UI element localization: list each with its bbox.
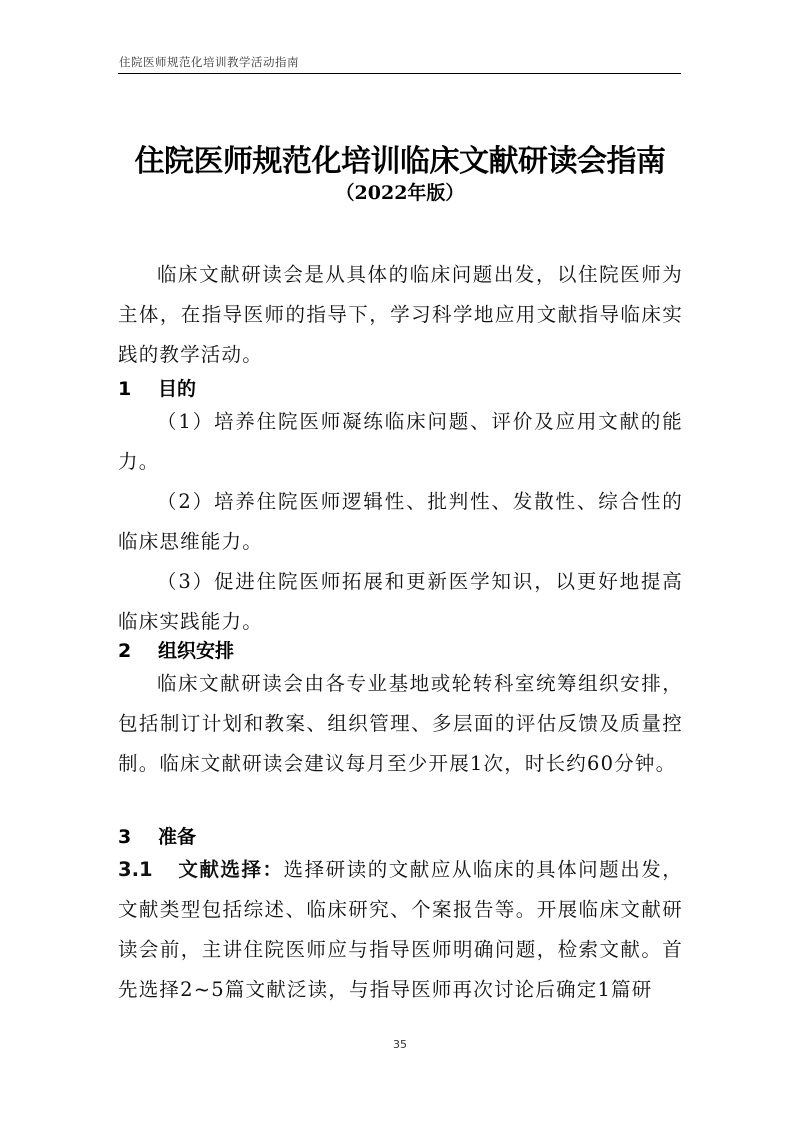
intro-text: 临床文献研读会是从具体的临床问题出发，以住院医师为主体，在指导医师的指导下，学习… xyxy=(118,255,683,375)
header-divider xyxy=(118,73,681,74)
section-2-body: 临床文献研读会由各专业基地或轮转科室统筹组织安排，包括制订计划和教案、组织管理、… xyxy=(118,664,683,784)
document-subtitle: （2022年版） xyxy=(0,178,800,205)
subsection-number: 3.1 xyxy=(118,850,178,890)
section-title: 组织安排 xyxy=(158,640,234,662)
section-number: 3 xyxy=(118,826,158,848)
subsection-label: 文献选择： xyxy=(178,858,284,881)
objective-item-2: （2）培养住院医师逻辑性、批判性、发散性、综合性的临床思维能力。 xyxy=(118,482,683,562)
section-number: 2 xyxy=(118,640,158,662)
section-1-body: （1）培养住院医师凝练临床问题、评价及应用文献的能力。 （2）培养住院医师逻辑性… xyxy=(118,402,683,642)
section-number: 1 xyxy=(118,378,158,400)
subsection-3-1: 3.1文献选择：选择研读的文献应从临床的具体问题出发，文献类型包括综述、临床研究… xyxy=(118,850,683,1010)
objective-item-1: （1）培养住院医师凝练临床问题、评价及应用文献的能力。 xyxy=(118,402,683,482)
document-title: 住院医师规范化培训临床文献研读会指南 xyxy=(0,136,800,180)
section-heading-3: 3准备 xyxy=(118,822,196,849)
intro-paragraph: 临床文献研读会是从具体的临床问题出发，以住院医师为主体，在指导医师的指导下，学习… xyxy=(118,255,683,375)
section-heading-2: 2组织安排 xyxy=(118,636,234,663)
organization-paragraph: 临床文献研读会由各专业基地或轮转科室统筹组织安排，包括制订计划和教案、组织管理、… xyxy=(118,664,683,784)
page-number: 35 xyxy=(0,1038,800,1051)
running-header: 住院医师规范化培训教学活动指南 xyxy=(119,54,299,70)
objective-item-3: （3）促进住院医师拓展和更新医学知识，以更好地提高临床实践能力。 xyxy=(118,562,683,642)
section-3-body: 3.1文献选择：选择研读的文献应从临床的具体问题出发，文献类型包括综述、临床研究… xyxy=(118,850,683,1010)
section-title: 目的 xyxy=(158,378,196,400)
section-title: 准备 xyxy=(158,826,196,848)
section-heading-1: 1目的 xyxy=(118,374,196,401)
